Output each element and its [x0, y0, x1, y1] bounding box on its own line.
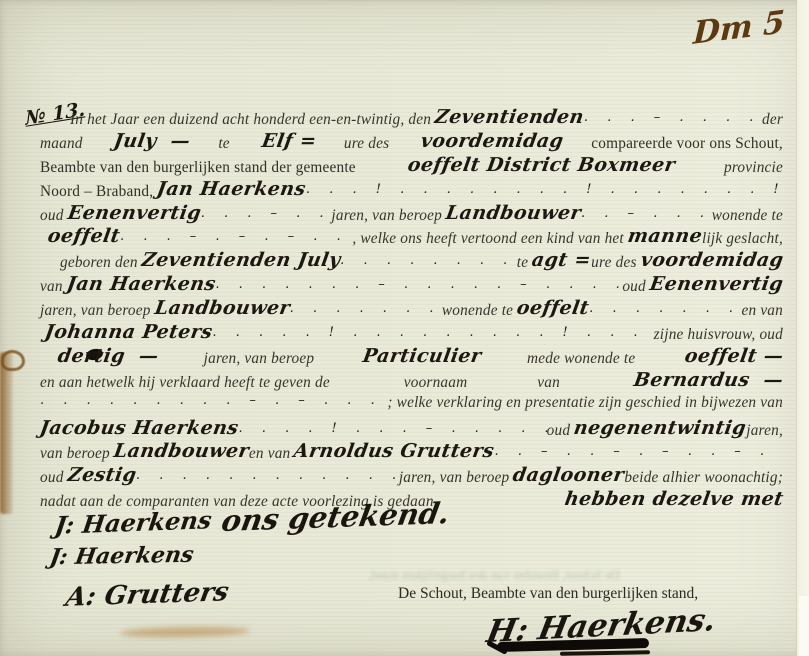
handwritten-entry: oeffelt [46, 225, 121, 247]
printed-text: van [537, 374, 564, 392]
form-line: van Jan Haerkens . . . . . . . – . . . .… [40, 274, 783, 298]
printed-text: ; welke verklaring en presentatie zijn g… [387, 394, 783, 412]
handwritten-entry: oeffelt [515, 297, 590, 319]
filler-dots: . . . ! . . . . . . . . ! . . . . . . . … [306, 182, 783, 197]
printed-text: jaren, van beroep [331, 207, 446, 225]
handwritten-entry: Zeventienden [433, 106, 585, 128]
printed-text: In het Jaar een duizend acht honderd een… [70, 111, 435, 129]
form-line: van beroep Landbouweren van Arnoldus Gru… [40, 441, 783, 465]
form-line: Jacobus Haerkens . . . . ! . . . – . . .… [40, 418, 783, 442]
form-line: oud Zestig . . . . . . . . . . . . . . .… [40, 465, 783, 489]
handwritten-entry: Elf = [260, 130, 318, 152]
closing-phrase-handwritten: ons getekend. [219, 496, 452, 538]
printed-text: maand [40, 135, 87, 153]
filler-dots: . . . – . – . – . . . – . – . – . . . – … [120, 229, 352, 244]
form-line: geboren den Zeventienden July . . . . . … [40, 250, 783, 274]
printed-text: ure des [344, 135, 393, 153]
printed-text: Noord – Braband, [40, 183, 157, 201]
handwritten-entry: Particulier [362, 345, 484, 367]
handwritten-entry: Zestig [66, 464, 138, 486]
form-body: In het Jaar een duizend acht honderd een… [40, 107, 783, 513]
printed-text: en van [249, 445, 295, 463]
printed-text: provincie [724, 159, 783, 177]
handwritten-entry: Bernardus — [632, 369, 785, 391]
printed-text: te [218, 135, 233, 153]
printed-text: mede wonende te [527, 350, 639, 368]
handwritten-entry: Johanna Peters [43, 321, 214, 343]
birth-record-scan: De Schout, Beambte van den burgerlijken … [0, 0, 809, 656]
paper-right-edge [796, 0, 809, 656]
printed-text: zijne huisvrouw, oud [654, 326, 783, 344]
filler-dots: . . – . . . – . . . – . . . – . . . – . … [581, 206, 712, 221]
filler-dots: . . . . . . . – . . . . . – . . . . . . … [215, 277, 622, 292]
left-edge-stain [0, 352, 13, 514]
handwritten-entry: oeffelt District Boxmeer [407, 154, 678, 176]
filler-dots: . . – . . – . – . . – . . – . – . . – . … [495, 444, 783, 459]
handwritten-entry: Jan Haerkens [156, 178, 308, 200]
printed-text: jaren, van beroep [399, 469, 514, 487]
handwritten-entry: Eenenvertig [648, 273, 785, 295]
form-line: oeffelt . . . – . – . – . . . – . – . – … [40, 226, 783, 250]
filler-dots: . . . – . . . . – . . . . – . . . . – . … [201, 206, 332, 221]
signature-witness-1: J: Haerkens [53, 505, 214, 540]
filler-dots: . . . . . ! . . . . . . . . . ! . . . . … [212, 325, 653, 340]
printed-text: oud [622, 278, 650, 296]
handwritten-entry: July — [113, 130, 193, 152]
handwritten-entry: Jan Haerkens [65, 273, 217, 295]
handwritten-entry: voordemidag [639, 249, 785, 271]
handwritten-entry: Eenenvertig [66, 202, 203, 224]
paper-corner [799, 596, 809, 656]
printed-text: der [762, 111, 783, 129]
form-line: en aan hetwelk hij verklaard heeft te ge… [40, 370, 783, 394]
form-line: . . . . . . . . . – . – . . . . . . . . … [40, 394, 783, 418]
printed-text: en aan hetwelk hij verklaard heeft te ge… [40, 374, 334, 392]
form-line: Johanna Peters . . . . . ! . . . . . . .… [40, 322, 783, 346]
form-line: In het Jaar een duizend acht honderd een… [40, 107, 783, 131]
printed-text: wonende te [712, 207, 783, 225]
signature-flourish-tail2 [560, 650, 650, 656]
filler-dots: . . . . ! . . . – . . . . . . ! . . . – … [238, 421, 546, 436]
printed-text: compareerde voor ons Schout, [591, 135, 783, 153]
handwritten-entry: Landbouwer [153, 297, 291, 319]
printed-text: oud [40, 207, 68, 225]
printed-text: Beambte van den burgerlijken stand der g… [40, 159, 360, 177]
archival-mark: Dm 5 [692, 4, 785, 52]
form-line: Noord – Braband, Jan Haerkens . . . ! . … [40, 179, 783, 203]
form-line: oud Eenenvertig . . . – . . . . – . . . … [40, 203, 783, 227]
printed-text: van beroep [40, 445, 114, 463]
printed-text: en van [741, 302, 783, 320]
printed-text: beide alhier woonachtig; [624, 469, 783, 487]
filler-dots: . . . . . . . . . . . . . . . . . . . . … [589, 301, 741, 316]
printed-text: voornaam [404, 374, 468, 392]
filler-dots: . . . . . . . . . . . . . . . . . . . . … [136, 468, 399, 483]
printed-text: jaren, [746, 422, 783, 440]
printed-text: ure des [591, 254, 640, 272]
printed-text: , welke ons heeft vertoond een kind van … [352, 230, 628, 248]
handwritten-entry: oeffelt — [683, 345, 785, 367]
left-edge-stain-curl [1, 350, 25, 371]
signature-witness-2: J: Haerkens [48, 542, 196, 571]
handwritten-entry: Zeventienden July [140, 249, 342, 271]
form-line: Beambte van den burgerlijken stand der g… [40, 155, 783, 179]
printed-text: lijk geslacht, [702, 230, 783, 248]
handwritten-entry: daglooner [512, 464, 626, 486]
filler-dots: . . . . . . . . . . . . . . . . . . . . … [340, 253, 517, 268]
handwritten-entry: manne [626, 225, 704, 247]
handwritten-entry: Jacobus Haerkens [38, 417, 240, 439]
printed-text: jaren, van beroep [204, 350, 319, 368]
form-line: maand July —te Elf =ure des voordemidagc… [40, 131, 783, 155]
printed-text: oud [547, 422, 575, 440]
handwritten-entry: agt = [530, 249, 592, 271]
form-line: dertig —jaren, van beroep Particuliermed… [40, 346, 783, 370]
filler-dots: . . . . . . . . . – . – . . . . . . . . … [40, 393, 387, 408]
handwritten-entry: Arnoldus Grutters [293, 440, 497, 462]
handwritten-entry: negenentwintig [572, 417, 748, 439]
printed-text: wonende te [442, 302, 517, 320]
handwritten-entry: Landbouwer [444, 202, 582, 224]
printed-text: oud [40, 469, 68, 487]
handwritten-entry: voordemidag [419, 130, 565, 152]
filler-dots: . . . . . . . . . . . . [290, 301, 442, 316]
form-line: jaren, van beroep Landbouwer . . . . . .… [40, 298, 783, 322]
bottom-smudge [120, 626, 250, 638]
printed-text: van [40, 278, 67, 296]
handwritten-entry: Landbouwer [112, 440, 250, 462]
official-title: De Schout, Beambte van den burgerlijken … [398, 585, 698, 603]
filler-dots: . . . – . . . . . . – . . . . . . – . . … [584, 110, 762, 125]
printed-text: jaren, van beroep [40, 302, 155, 320]
handwritten-entry: dertig — [56, 345, 160, 367]
signature-witness-3: A: Grutters [63, 577, 231, 613]
printed-text: geboren den [60, 254, 142, 272]
handwritten-entry: hebben dezelve met [563, 488, 785, 510]
